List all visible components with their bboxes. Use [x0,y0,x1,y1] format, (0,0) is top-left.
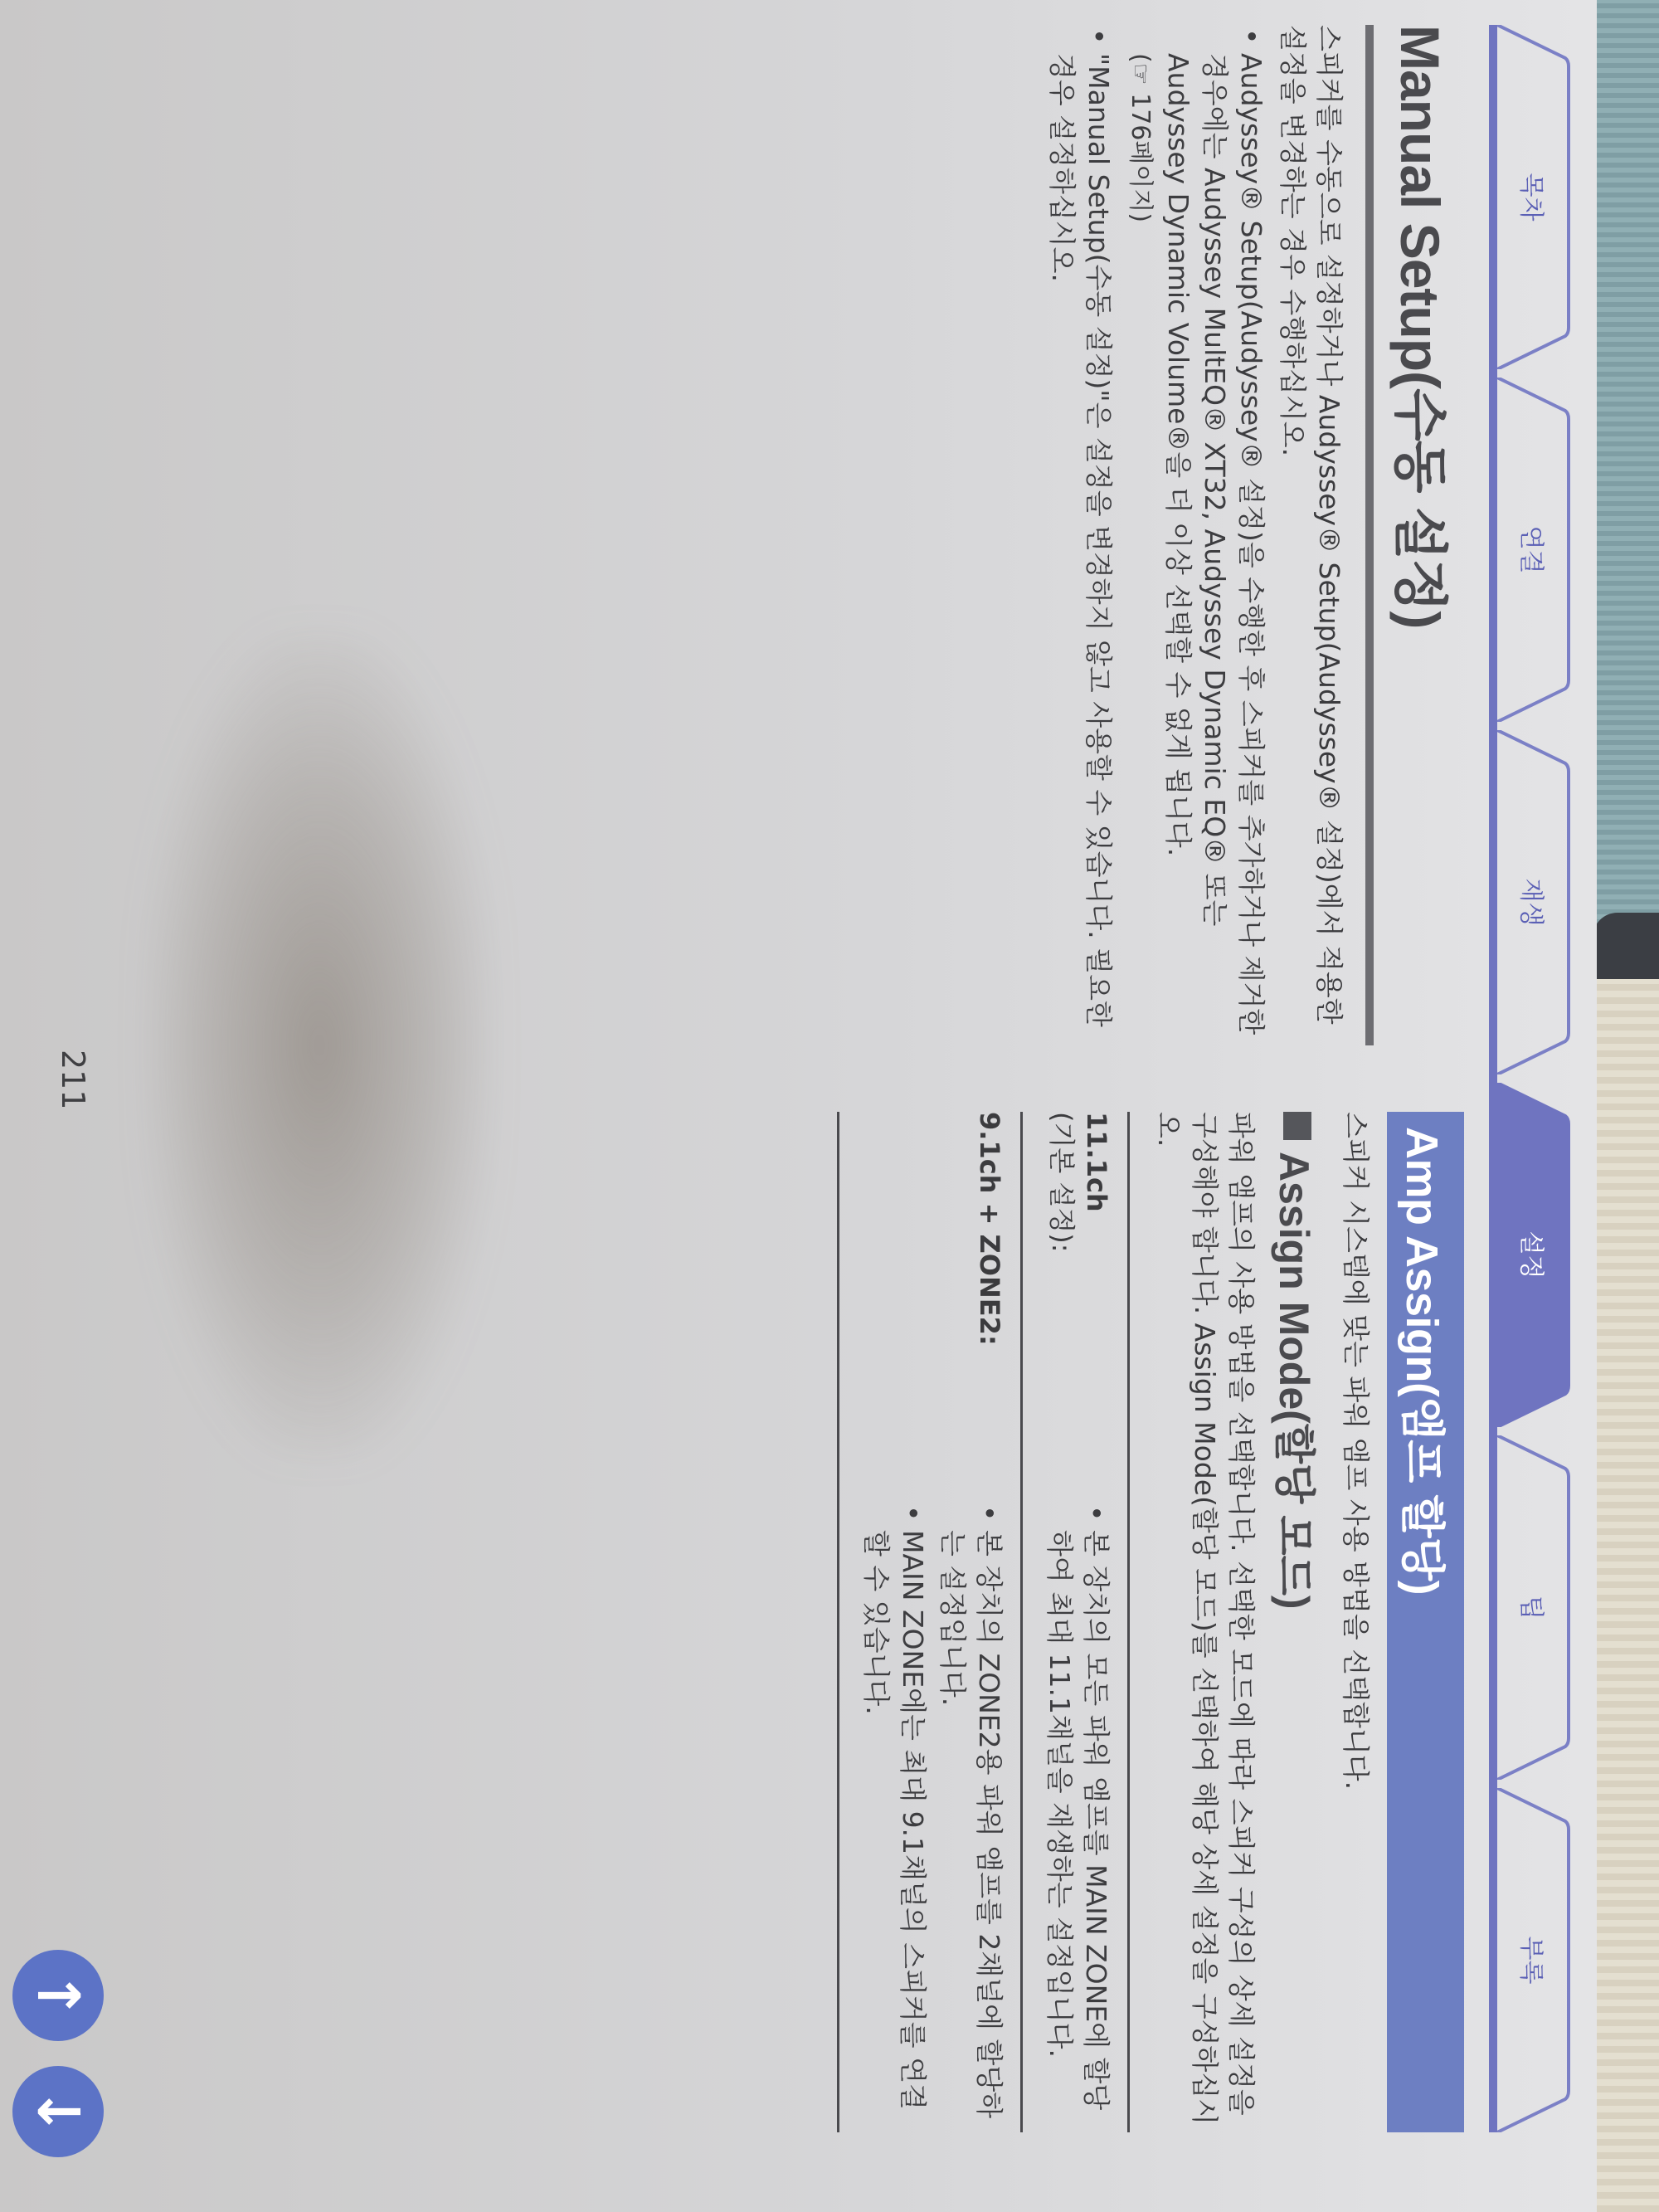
tab-label: 목차 [1515,173,1552,222]
tab-appendix[interactable]: 부록 [1497,1788,1570,2132]
tab-bar-baseline [1489,25,1497,2132]
tab-label: 재생 [1515,879,1552,927]
manual-setup-heading: Manual Setup(수동 설정) [1365,25,1464,1045]
arrow-down-icon: ↓ [24,2088,92,2136]
paper-sheet: 목차 연결 재생 설정 팁 부록 [0,0,1597,2212]
tab-tips[interactable]: 팁 [1497,1435,1570,1780]
tab-settings[interactable]: 설정 [1497,1083,1570,1427]
tab-label: 설정 [1515,1231,1552,1279]
assign-mode-table: 11.1ch (기본 설정): 본 장치의 모든 파워 앰프를 MAIN ZON… [837,1112,1130,2132]
table-row: 11.1ch (기본 설정): 본 장치의 모든 파워 앰프를 MAIN ZON… [1020,1112,1127,2132]
tab-playback[interactable]: 재생 [1497,730,1570,1074]
tab-contents[interactable]: 목차 [1497,25,1570,369]
background-carpet-beige [1593,979,1659,2212]
manual-page: 목차 연결 재생 설정 팁 부록 [0,0,1597,2212]
scroll-up-button[interactable]: ↑ [12,1950,104,2041]
manual-setup-section: Manual Setup(수동 설정) 스피커를 수동으로 설정하거나 Audy… [1039,25,1464,1045]
mode-name: 11.1ch (기본 설정): [1038,1112,1114,1502]
page-reference-link[interactable]: (☞ 176페이지) [1121,53,1158,222]
assign-mode-description: 파워 앰프의 사용 방법을 선택합니다. 선택한 모드에 따라 스피커 구성의 … [1150,1112,1259,2132]
mode-description: 본 장치의 ZONE2용 파워 앰프를 2채널에 할당하는 설정입니다. MAI… [854,1502,1007,2132]
amp-assign-intro: 스피커 시스템에 맞는 파워 앰프 사용 방법을 선택합니다. [1337,1112,1374,2132]
table-row: 9.1ch + ZONE2: 본 장치의 ZONE2용 파워 앰프를 2채널에 … [837,1112,1020,2132]
assign-mode-heading: Assign Mode(할당 모드) [1267,1112,1327,2132]
photo-shadow [145,631,494,1460]
amp-assign-heading: Amp Assign(앰프 할당) [1387,1112,1464,2132]
mode-name: 9.1ch + ZONE2: [854,1112,1007,1502]
tab-label: 팁 [1515,1596,1552,1620]
manual-setup-bullet: "Manual Setup(수동 설정)"은 설정을 변경하지 않고 사용할 수… [1044,25,1117,1045]
manual-setup-intro: 스피커를 수동으로 설정하거나 Audyssey® Setup(Audyssey… [1274,25,1347,1045]
amp-assign-section: Amp Assign(앰프 할당) 스피커 시스템에 맞는 파워 앰프 사용 방… [837,1112,1464,2132]
mode-description: 본 장치의 모든 파워 앰프를 MAIN ZONE에 할당하여 최대 11.1채… [1038,1502,1114,2132]
section-tab-bar: 목차 연결 재생 설정 팁 부록 [1489,25,1572,2132]
tab-connection[interactable]: 연결 [1497,378,1570,722]
page-number: 211 [55,1050,91,1110]
scroll-down-button[interactable]: ↓ [12,2066,104,2157]
manual-setup-bullet: Audyssey® Setup(Audyssey® 설정)을 수행한 후 스피커… [1121,25,1269,1045]
tab-label: 연결 [1515,526,1552,574]
tab-label: 부록 [1515,1937,1552,1985]
background-carpet-teal [1593,0,1659,954]
square-bullet-icon [1283,1112,1311,1140]
arrow-up-icon: ↑ [24,1971,92,2020]
